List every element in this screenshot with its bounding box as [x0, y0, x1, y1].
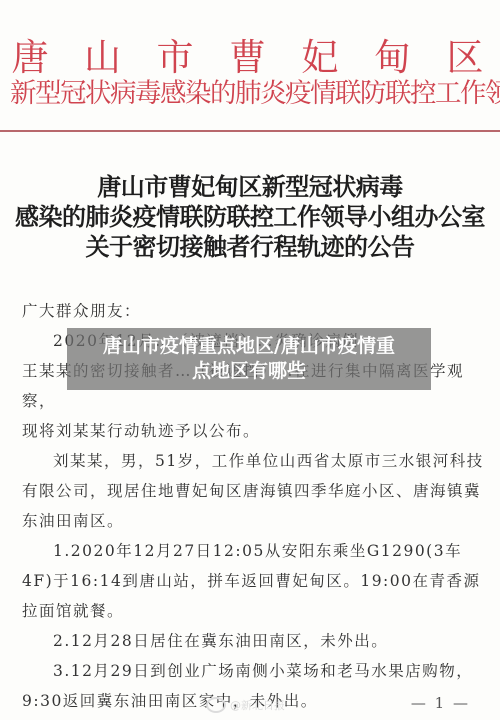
salutation: 广大群众朋友：	[22, 296, 488, 326]
itinerary-item-1: 1.2020年12月27日12:05从安阳东乘坐G1290(3车4F)于16:1…	[22, 536, 488, 626]
paragraph-person-info: 刘某某，男，51岁，工作单位山西省太原市三水银河科技有限公司，现居住地曹妃甸区唐…	[22, 446, 488, 536]
watermark: @新北日报	[206, 697, 285, 713]
letterhead-char: 甸	[373, 38, 413, 78]
letterhead-office: 新型冠状病毒感染的肺炎疫情联防联控工作领导小组办公室	[10, 78, 490, 110]
letterhead-issuer: 唐 山 市 曹 妃 甸 区	[10, 38, 485, 78]
page-number: — 1 —	[411, 694, 470, 712]
weibo-icon	[206, 697, 226, 713]
title-line: 感染的肺炎疫情联防联控工作领导小组办公室	[0, 202, 500, 232]
letterhead-char: 市	[155, 38, 195, 78]
letterhead-char: 曹	[228, 38, 268, 78]
letterhead-char: 妃	[300, 38, 340, 78]
itinerary-item-2: 2.12月28日居住在冀东油田南区，未外出。	[22, 626, 488, 656]
red-divider-line	[0, 130, 500, 132]
overlay-line: 点地区有哪些	[192, 359, 306, 384]
document-title: 唐山市曹妃甸区新型冠状病毒 感染的肺炎疫情联防联控工作领导小组办公室 关于密切接…	[0, 172, 500, 262]
overlay-line: 唐山市疫情重点地区/唐山市疫情重	[103, 334, 395, 359]
caption-overlay: 唐山市疫情重点地区/唐山市疫情重 点地区有哪些	[67, 328, 431, 390]
letterhead-char: 唐	[10, 38, 50, 78]
title-line: 唐山市曹妃甸区新型冠状病毒	[0, 172, 500, 202]
title-line: 关于密切接触者行程轨迹的公告	[0, 232, 500, 262]
letterhead-char: 区	[445, 38, 485, 78]
watermark-text: @新北日报	[230, 697, 285, 713]
paragraph-intro-line: 现将刘某某行动轨迹予以公布。	[22, 416, 488, 446]
letterhead-char: 山	[83, 38, 123, 78]
